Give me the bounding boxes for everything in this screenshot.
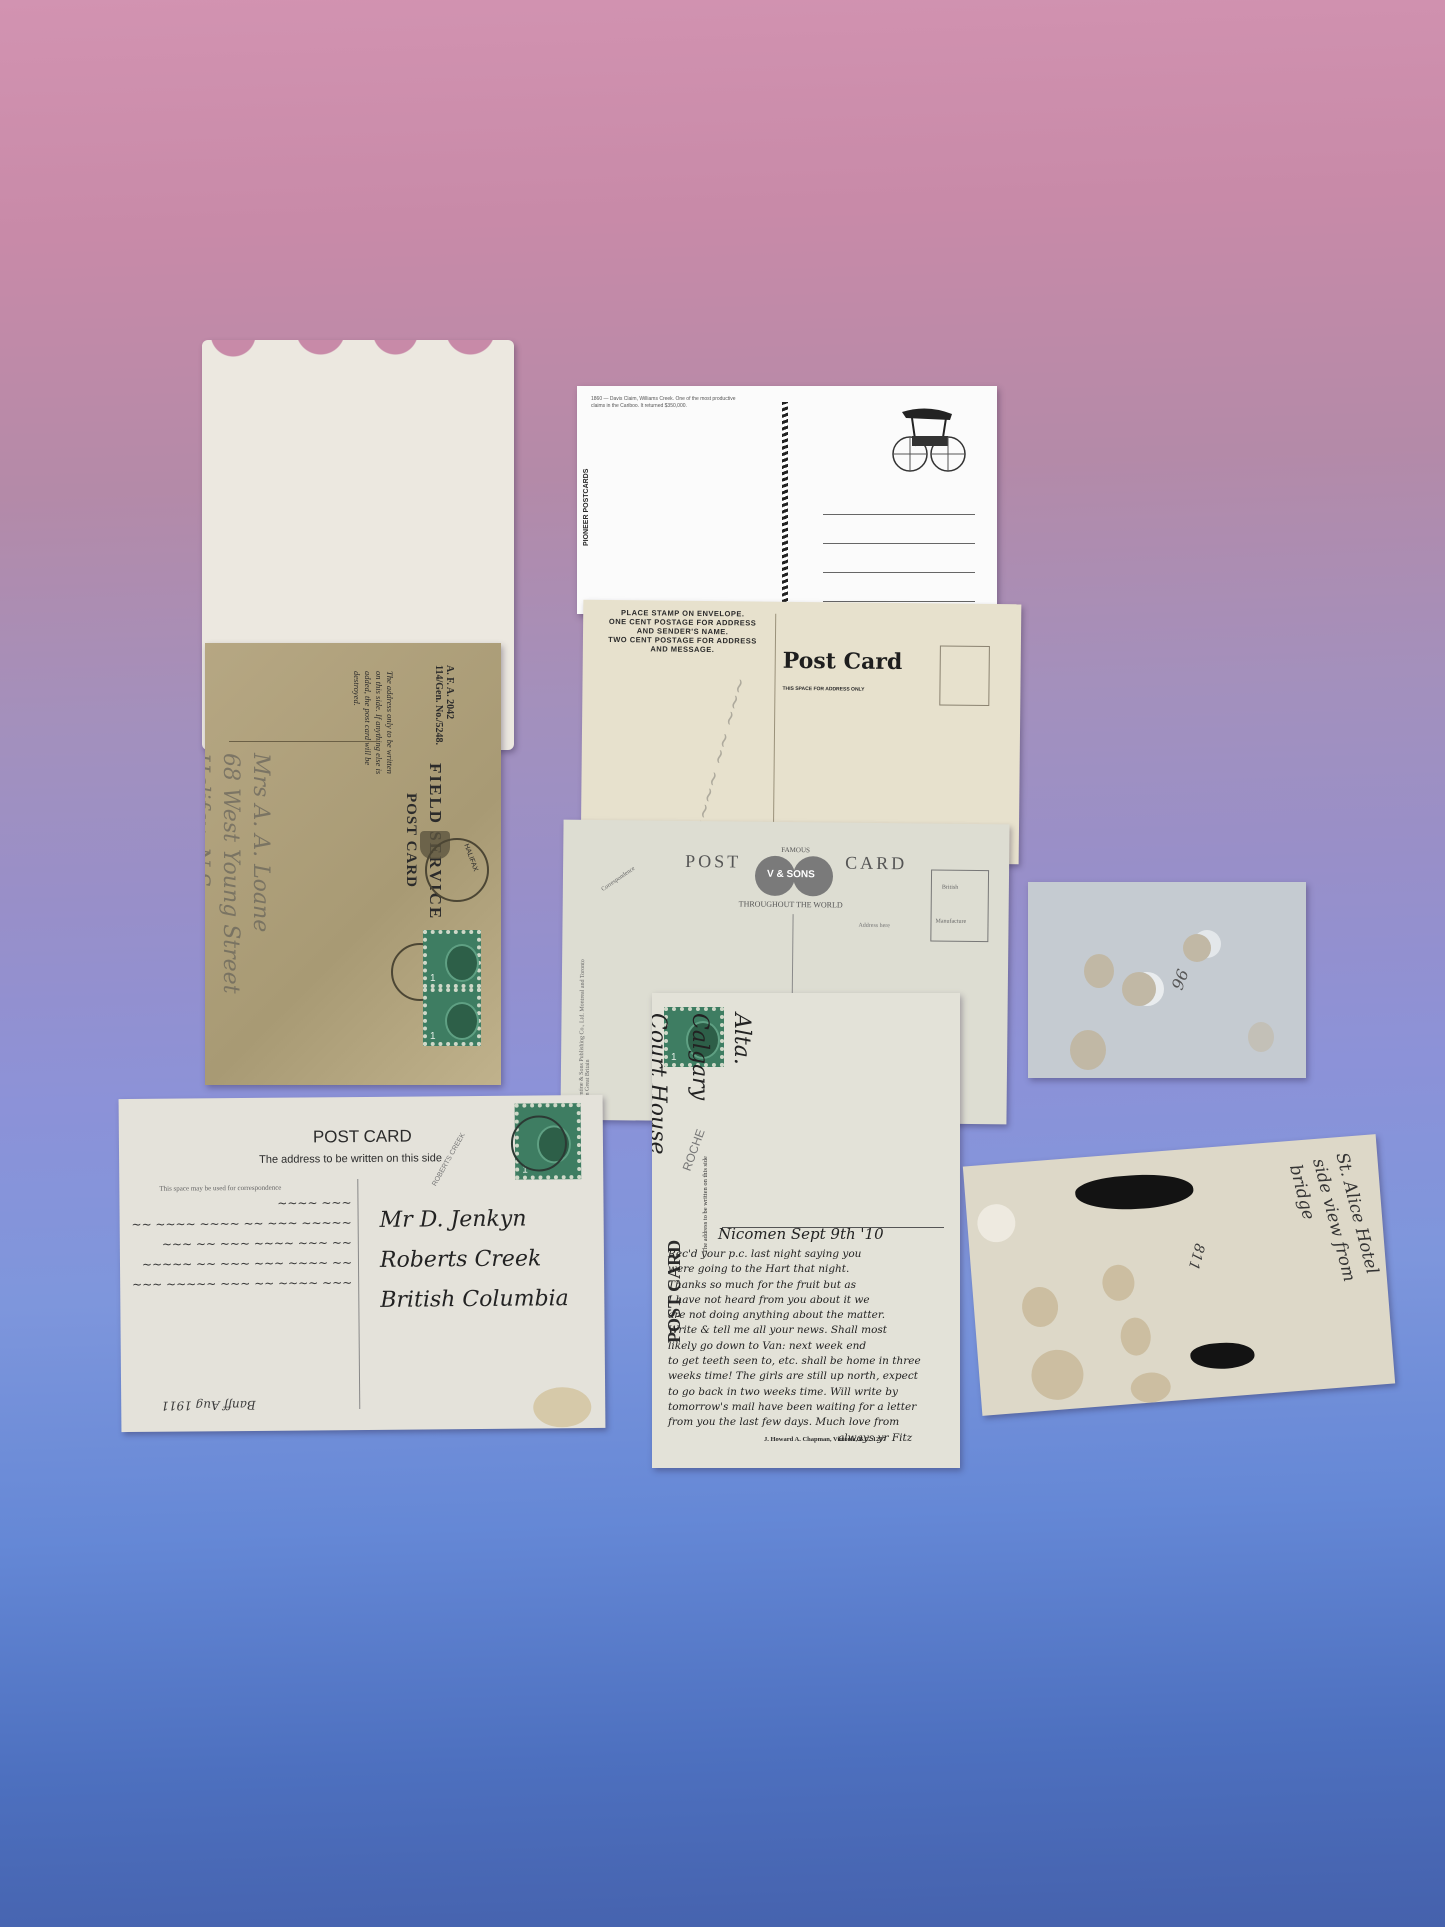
address-line — [823, 543, 975, 544]
address-line — [823, 572, 975, 573]
photo-back-card[interactable]: 811 St. Alice Hotel side view from bridg… — [963, 1134, 1395, 1416]
post-card-title: POST CARD — [313, 1127, 412, 1148]
halifax-postmark — [425, 838, 489, 902]
stamp-box — [939, 645, 990, 706]
pioneer-publisher: PIONEER POSTCARDS — [583, 469, 590, 546]
roberts-creek-postcard[interactable]: POST CARD The address to be written on t… — [119, 1095, 606, 1432]
divider-rope — [782, 402, 788, 612]
correspondence-label: Correspondence — [601, 866, 637, 893]
photo-inscription: St. Alice Hotel side view from bridge — [1283, 1150, 1384, 1290]
address-side-label: The address to be written on this side — [259, 1152, 442, 1166]
pencil-number: 811 — [1185, 1242, 1208, 1272]
post-card-subtitle: POST CARD — [402, 793, 419, 888]
publisher-line: J. Howard A. Chapman, Victoria, B.C. 129… — [764, 1436, 886, 1443]
canada-postage-stamp: 1 — [423, 988, 481, 1046]
pioneer-caption: 1860 — Davis Claim, Williams Creek. One … — [591, 396, 751, 410]
correspondence-label: This space may be used for correspondenc… — [159, 1184, 281, 1193]
message-body: Rec'd your p.c. last night saying you we… — [668, 1247, 954, 1446]
calgary-postcard[interactable]: 1 ROCHE POST CARD The address to be writ… — [652, 993, 960, 1468]
message-heading: Nicomen Sept 9th '10 — [718, 1225, 884, 1243]
message-handwriting: ~~~ ~~~~ ~~ ~~~ ~~~~~ ~~~ ~~ ~~~~ ~~~ ~~… — [129, 1193, 352, 1295]
throughout-world: THROUGHOUT THE WORLD — [739, 900, 843, 910]
address-here: Address here — [858, 923, 890, 929]
card-label: CARD — [845, 853, 907, 875]
address-handwriting: Mrs A. A. Loane 68 West Young Street Hal… — [205, 753, 275, 994]
stamp-box: British Manufacture — [930, 870, 989, 943]
recipient-address: Alta. Calgary Court House F. D. Jenkyn E… — [652, 1013, 762, 1194]
pioneer-postcard[interactable]: 1860 — Davis Claim, Williams Creek. One … — [577, 386, 997, 614]
globe-logo-icon: V & SONS — [755, 856, 835, 897]
adhesive-residue — [1074, 1171, 1194, 1214]
calgary-postmark — [511, 1115, 567, 1171]
center-divider — [357, 1179, 360, 1409]
post-label: POST — [685, 851, 741, 873]
stained-card[interactable]: 96 — [1028, 882, 1306, 1078]
war-tax-stamp: 1 — [423, 930, 481, 988]
address-line — [823, 514, 975, 515]
horse-buggy-icon — [882, 406, 972, 474]
recipient-address: Mr D. Jenkyn Roberts Creek British Colum… — [379, 1199, 568, 1321]
field-service-postcard[interactable]: A. F. A. 2042 114/Gen. No./5248. The add… — [205, 643, 501, 1085]
sender-date: Banff Aug 1911 — [161, 1398, 256, 1413]
brand-top: FAMOUS — [781, 846, 810, 854]
form-number: A. F. A. 2042 114/Gen. No./5248. — [433, 665, 455, 745]
notice-divider — [229, 741, 379, 742]
address-notice: The address only to be written on this s… — [351, 671, 395, 781]
scalloped-edge — [202, 340, 514, 374]
publisher-text: The Valentine & Sons Publishing Co., Ltd… — [578, 959, 592, 1116]
adhesive-residue — [1190, 1340, 1256, 1371]
pencil-note: 96 — [1168, 967, 1193, 993]
